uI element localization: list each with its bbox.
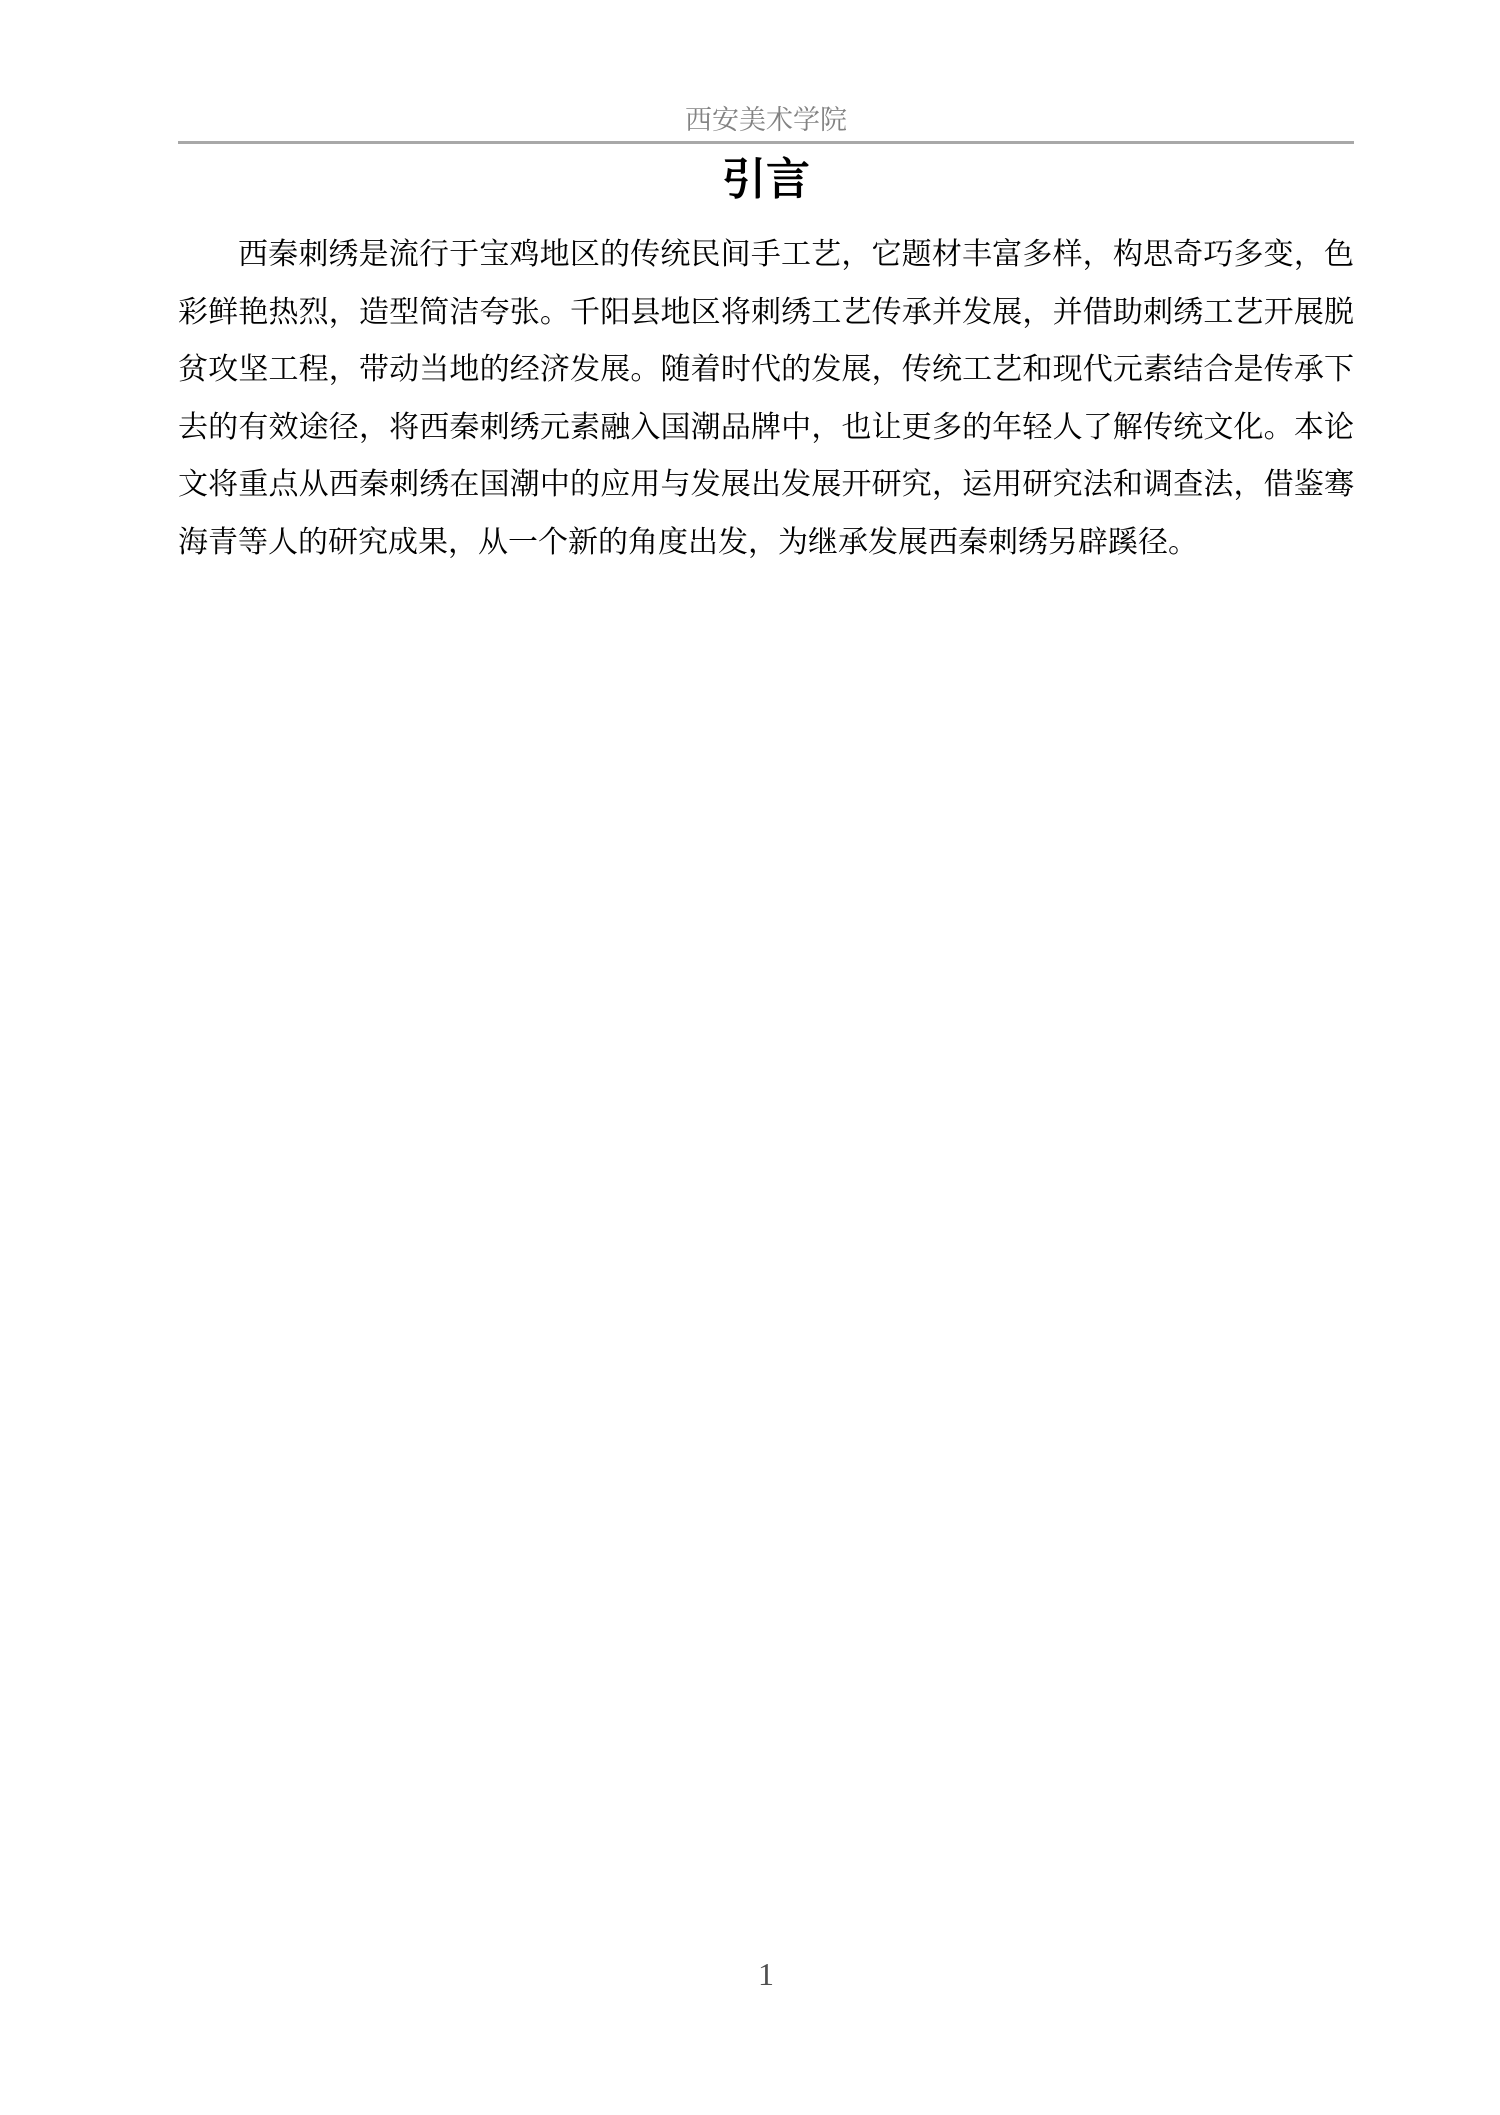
header-institution-label: 西安美术学院 [685, 107, 847, 141]
intro-paragraph: 西秦刺绣是流行于宝鸡地区的传统民间手工艺，它题材丰富多样，构思奇巧多变，色彩鲜艳… [178, 226, 1354, 571]
document-page: 西安美术学院 引言 西秦刺绣是流行于宝鸡地区的传统民间手工艺，它题材丰富多样，构… [0, 0, 1500, 2115]
section-title: 引言 [178, 158, 1354, 202]
page-header: 西安美术学院 [178, 0, 1354, 144]
page-number: 1 [178, 1958, 1354, 1990]
